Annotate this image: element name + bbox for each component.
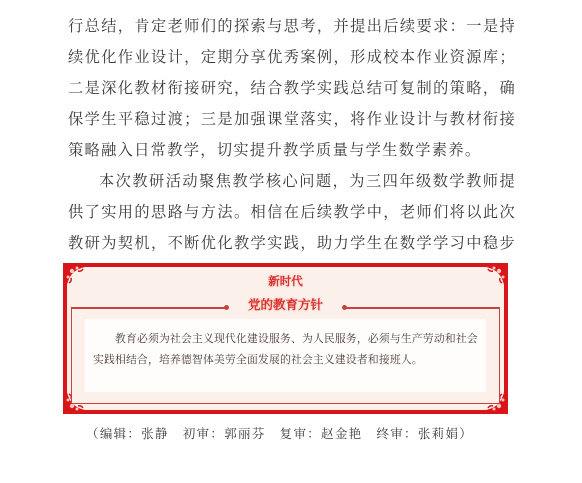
poster-title-line2: 党的教育方针 — [63, 295, 508, 313]
poster-title-line1: 新时代 — [63, 273, 508, 289]
poster-body-text: 教育必须为社会主义现代化建设服务、为人民服务，必须与生产劳动和社会实践相结合，培… — [93, 328, 478, 370]
credit-editor: 编辑：张静 — [100, 424, 169, 442]
article-body: 行总结，肯定老师们的探索与思考，并提出后续要求：一是持续优化作业设计，定期分享优… — [68, 11, 516, 290]
article-paragraph: 行总结，肯定老师们的探索与思考，并提出后续要求：一是持续优化作业设计，定期分享优… — [68, 11, 516, 166]
credit-first-review: 初审：郭丽芬 — [183, 424, 266, 442]
credits-open-paren: （ — [86, 426, 100, 441]
editorial-credits: （编辑：张静初审：郭丽芬复审：赵金艳终审：张莉娟） — [86, 424, 473, 442]
education-policy-poster: 新时代 党的教育方针 教育必须为社会主义现代化建设服务、为人民服务，必须与生产劳… — [63, 263, 508, 414]
credit-second-review: 复审：赵金艳 — [280, 424, 363, 442]
credits-close-paren: ） — [459, 426, 473, 441]
credit-final-review: 终审：张莉娟 — [376, 424, 459, 442]
